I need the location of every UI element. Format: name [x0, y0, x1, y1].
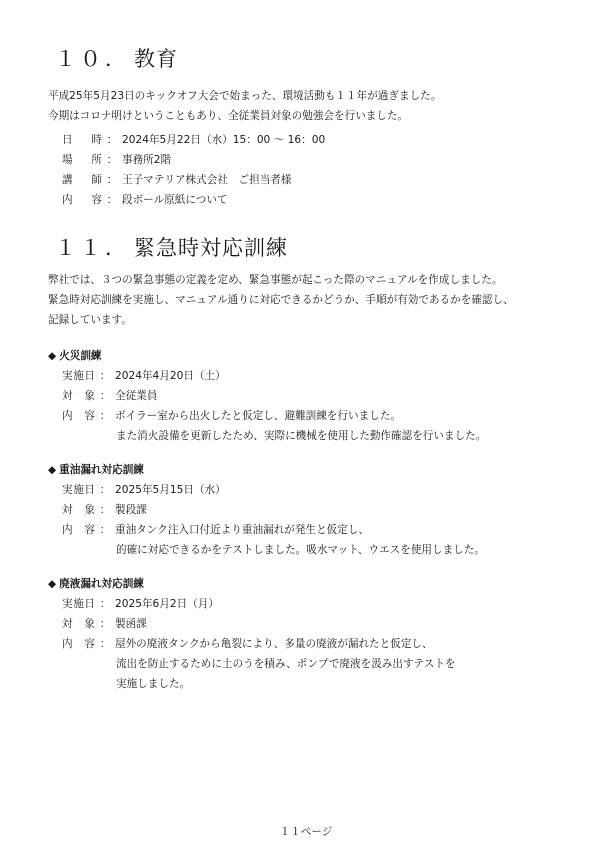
detail-label: 対 象	[62, 386, 95, 406]
section-10-heading: １０．教育	[55, 43, 178, 73]
section-number: １０．	[55, 47, 130, 71]
detail-value: 2024年4月20日（土）	[115, 370, 226, 382]
diamond-bullet-icon: ◆	[48, 464, 56, 476]
drill-content-continuation: 的確に対応できるかをテストしました。吸水マット、ウエスを使用しました。	[116, 540, 485, 560]
colon: ：	[102, 130, 122, 150]
section-number: １１．	[55, 236, 130, 260]
drill-title: 重油漏れ対応訓練	[59, 464, 144, 476]
detail-value: 2024年5月22日（水）15：00 ～ 16：00	[122, 134, 325, 146]
detail-row-place: 場 所：事務所2階	[62, 150, 171, 170]
detail-row-datetime: 日 時：2024年5月22日（水）15：00 ～ 16：00	[62, 130, 325, 150]
detail-value: 重油タンク注入口付近より重油漏れが発生と仮定し、	[115, 524, 369, 536]
drill-target-row: 対 象：全従業員	[62, 386, 157, 406]
drill-title: 廃液漏れ対応訓練	[59, 578, 144, 590]
detail-label: 対 象	[62, 614, 95, 634]
drill-title: 火災訓練	[59, 350, 101, 362]
detail-value: 全従業員	[115, 390, 157, 402]
detail-value: 屋外の廃液タンクから亀裂により、多量の廃液が漏れたと仮定し、	[115, 638, 433, 650]
drill-content-row: 内 容：屋外の廃液タンクから亀裂により、多量の廃液が漏れたと仮定し、	[62, 634, 433, 654]
drill-date-row: 実施日：2024年4月20日（土）	[62, 366, 226, 386]
drill-content-continuation: 流出を防止するために土のうを積み、ポンプで廃液を汲み出すテストを	[116, 654, 456, 674]
detail-label: 実施日	[62, 480, 95, 500]
colon: ：	[95, 366, 115, 386]
colon: ：	[95, 594, 115, 614]
detail-row-content: 内 容：段ボール原紙について	[62, 190, 228, 210]
detail-label: 内 容	[62, 520, 95, 540]
colon: ：	[95, 614, 115, 634]
diamond-bullet-icon: ◆	[48, 578, 56, 590]
detail-label: 対 象	[62, 500, 95, 520]
drill-date-row: 実施日：2025年5月15日（水）	[62, 480, 226, 500]
colon: ：	[95, 634, 115, 654]
detail-value: 段ボール原紙について	[122, 194, 228, 206]
detail-label: 講 師	[62, 170, 102, 190]
paragraph-line: 今期はコロナ明けということもあり、全従業員対象の勉強会を行いました。	[48, 106, 408, 126]
detail-value: 2025年5月15日（水）	[115, 484, 226, 496]
document-page: １０．教育 平成25年5月23日のキックオフ大会で始まった、環境活動も１１年が過…	[0, 0, 612, 866]
paragraph-line: 緊急時対応訓練を実施し、マニュアル通りに対応できるかどうか、手順が有効であるかを…	[48, 290, 514, 310]
diamond-bullet-icon: ◆	[48, 350, 56, 362]
drill-content-row: 内 容：ボイラー室から出火したと仮定し、避難訓練を行いました。	[62, 406, 401, 426]
detail-label: 実施日	[62, 366, 95, 386]
detail-value: 王子マテリア株式会社 ご担当者様	[122, 174, 292, 186]
detail-label: 内 容	[62, 634, 95, 654]
drill-heading-waste-leak: ◆廃液漏れ対応訓練	[48, 574, 144, 594]
colon: ：	[102, 190, 122, 210]
paragraph-line: 記録しています。	[48, 310, 132, 330]
paragraph-line: 平成25年5月23日のキックオフ大会で始まった、環境活動も１１年が過ぎました。	[48, 86, 441, 106]
detail-label: 内 容	[62, 190, 102, 210]
paragraph-line: 弊社では、３つの緊急事態の定義を定め、緊急事態が起こった際のマニュアルを作成しま…	[48, 270, 502, 290]
colon: ：	[102, 170, 122, 190]
drill-content-continuation: また消火設備を更新したため、実際に機械を使用した動作確認を行いました。	[116, 426, 486, 446]
section-title: 教育	[134, 47, 178, 71]
detail-value: 製段課	[115, 504, 147, 516]
drill-heading-oil-leak: ◆重油漏れ対応訓練	[48, 460, 144, 480]
colon: ：	[95, 386, 115, 406]
drill-content-row: 内 容：重油タンク注入口付近より重油漏れが発生と仮定し、	[62, 520, 369, 540]
drill-date-row: 実施日：2025年6月2日（月）	[62, 594, 219, 614]
detail-label: 場 所	[62, 150, 102, 170]
colon: ：	[95, 520, 115, 540]
detail-value: ボイラー室から出火したと仮定し、避難訓練を行いました。	[115, 410, 401, 422]
colon: ：	[95, 480, 115, 500]
section-11-heading: １１．緊急時対応訓練	[55, 232, 288, 262]
section-title: 緊急時対応訓練	[134, 236, 288, 260]
detail-value: 事務所2階	[122, 154, 171, 166]
detail-value: 製函課	[115, 618, 147, 630]
drill-heading-fire: ◆火災訓練	[48, 346, 102, 366]
drill-target-row: 対 象：製段課	[62, 500, 147, 520]
page-number: １１ページ	[0, 824, 612, 839]
detail-value: 2025年6月2日（月）	[115, 598, 219, 610]
detail-label: 内 容	[62, 406, 95, 426]
colon: ：	[95, 500, 115, 520]
colon: ：	[102, 150, 122, 170]
detail-label: 日 時	[62, 130, 102, 150]
detail-row-lecturer: 講 師：王子マテリア株式会社 ご担当者様	[62, 170, 292, 190]
detail-label: 実施日	[62, 594, 95, 614]
drill-target-row: 対 象：製函課	[62, 614, 147, 634]
drill-content-continuation: 実施しました。	[116, 674, 190, 694]
colon: ：	[95, 406, 115, 426]
